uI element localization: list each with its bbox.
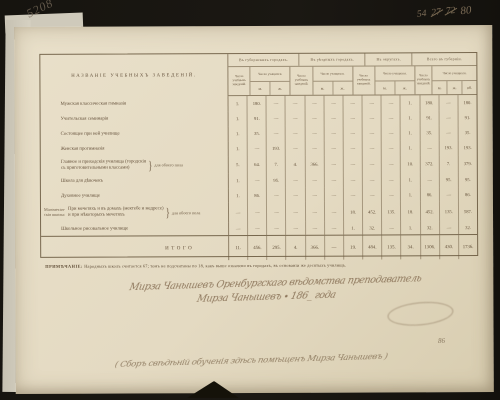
- row-values: ——————18.452.135.18.452.135.587.: [229, 201, 477, 222]
- table-cell: —: [286, 126, 305, 141]
- table-cell: —: [306, 202, 325, 222]
- archival-number-bottom-right: 86: [438, 337, 445, 345]
- table-cell: 1.: [401, 110, 420, 125]
- archival-number: 72: [445, 6, 456, 19]
- archival-numbers-top-right: 54277280: [417, 4, 472, 22]
- table-cell: 35.: [420, 125, 439, 140]
- table-cell: 32.: [421, 221, 440, 234]
- sex-subheader-row: м.ж.: [251, 82, 290, 95]
- table-cell: 193.: [267, 141, 286, 156]
- row-values: 1.91.———————1.91.—91.: [229, 110, 477, 126]
- table-cell: —: [363, 155, 382, 172]
- total-cell: 34.: [402, 235, 421, 259]
- table-cell: 452.: [421, 201, 440, 221]
- sub-header-group: Число учебныхъ заведеній.Число учащихся.…: [353, 66, 415, 94]
- brace-glyph: }: [148, 158, 152, 172]
- sex-subheader-cell: м.: [433, 81, 448, 94]
- row-label-text: Учительская семинарія: [61, 117, 109, 122]
- table-cell: 35.: [248, 126, 267, 141]
- table-cell: —: [305, 96, 324, 111]
- table-cell: —: [363, 110, 382, 125]
- table-cell: —: [324, 141, 343, 156]
- total-cell: 456.: [248, 236, 267, 260]
- table-cell: —: [325, 222, 344, 235]
- table-cell: —: [382, 95, 401, 110]
- pencil-oval-flourish: [387, 299, 455, 328]
- row-label-text: Состоящее при ней училище: [61, 132, 120, 137]
- table-cell: —: [363, 95, 382, 110]
- table-cell: 1.: [401, 95, 420, 110]
- institutions-count-header: Число учебныхъ заведеній.: [415, 66, 433, 94]
- table-cell: —: [382, 110, 401, 125]
- table-cell: —: [325, 188, 344, 202]
- total-cell: —: [325, 236, 344, 260]
- table-cell: —: [344, 188, 363, 202]
- group-header-cell: Въ уѣздныхъ городахъ.: [300, 54, 366, 66]
- table-cell: 180.: [248, 96, 267, 111]
- table-cell: 1.: [401, 187, 420, 201]
- table-cell: —: [267, 188, 286, 202]
- table-cell: —: [248, 222, 267, 235]
- statistics-table: НАЗВАНІЕ УЧЕБНЫХЪ ЗАВЕДЕНІЙ. Въ губернск…: [39, 52, 478, 258]
- sub-header-row: Число учебныхъ заведеній.Число учащихся.…: [228, 66, 476, 95]
- table-cell: 1.: [229, 96, 248, 111]
- students-count-label: Число учащихся.: [375, 66, 414, 81]
- row-label: Магометан-скія школы:При мечетяхъ и въ д…: [41, 202, 229, 223]
- institutions-count-header: Число учебныхъ заведеній.: [353, 66, 376, 94]
- row-label-prefix: Магометан-скія школы:: [44, 208, 66, 218]
- students-count-header: Число учащихся.м.ж.об.: [433, 66, 477, 94]
- total-cell: 1306.: [421, 235, 440, 259]
- table-cell: —: [287, 222, 306, 235]
- table-cell: 5.: [229, 156, 248, 173]
- handwritten-signature-line-1: Мирза Чанышевъ Оренбургскаго вѣдомства п…: [128, 273, 422, 293]
- sex-subheader-cell: ж.: [271, 82, 290, 95]
- table-cell: —: [267, 222, 286, 235]
- group-header-cell: Всего въ губерніи.: [413, 53, 477, 65]
- handwritten-signature-line-2: Мирза Чанышевъ ∙ 186_ года: [196, 290, 337, 305]
- photographed-archival-document: 5208 54277280 НАЗВАНІЕ УЧЕБНЫХЪ ЗАВЕДЕНІ…: [0, 0, 500, 400]
- table-cell: —: [439, 110, 458, 125]
- table-cell: —: [382, 155, 401, 172]
- table-cell: 1.: [229, 141, 248, 156]
- table-cell: 32.: [459, 221, 477, 234]
- table-cell: —: [248, 141, 267, 156]
- row-label-line: съ приготовительными классами): [61, 165, 146, 171]
- table-cell: 193.: [459, 140, 477, 155]
- row-label-text: Школа для дѣвочекъ: [61, 179, 103, 184]
- row-label: Мужская классическая гимназія: [41, 96, 229, 112]
- table-body: Мужская классическая гимназія1.180.—————…: [41, 95, 478, 236]
- table-cell: —: [305, 111, 324, 126]
- table-cell: —: [248, 173, 267, 188]
- row-label: Школьное рисовальное училище: [41, 222, 229, 236]
- sex-subheader-cell: ж.: [395, 81, 414, 94]
- brace-note: для обоего пола: [172, 210, 200, 215]
- table-cell: —: [286, 173, 305, 188]
- table-cell: 32.: [363, 221, 382, 234]
- row-label: Женская прогимназія: [41, 141, 229, 157]
- table-cell: —: [363, 172, 382, 187]
- row-label: Школа для дѣвочекъ: [41, 173, 229, 189]
- row-values: 1.—95.——————1.—95.95.: [229, 172, 477, 188]
- table-cell: —: [363, 187, 382, 201]
- row-values: 1.180.———————1.180.—180.: [229, 95, 477, 111]
- total-cell: 4.: [287, 236, 306, 260]
- table-cell: —: [306, 222, 325, 235]
- total-cell: 295.: [267, 236, 286, 260]
- sex-subheader-cell: м.: [375, 81, 395, 94]
- brace-note: для обоего пола: [154, 162, 182, 167]
- table-cell: —: [382, 140, 401, 155]
- row-label-lines: При мечетяхъ и въ домахъ (мектебе и медр…: [68, 206, 164, 218]
- students-count-label: Число учащихся.: [313, 67, 352, 82]
- table-cell: —: [306, 188, 325, 202]
- table-cell: 1.: [229, 173, 248, 188]
- students-count-header: Число учащихся.м.ж.: [375, 66, 414, 94]
- footnote: ПРИМѢЧАНІЕ: Народныхъ школъ считается 67…: [45, 262, 473, 269]
- table-cell: —: [363, 140, 382, 155]
- sub-header-group: Число учебныхъ заведеній.Число учащихся.…: [291, 67, 353, 95]
- students-count-label: Число учащихся.: [433, 66, 477, 81]
- table-cell: —: [324, 111, 343, 126]
- row-label-text: Школьное рисовальное училище: [61, 227, 128, 232]
- row-label-line: и при нѣкоторыхъ мечетяхъ: [68, 212, 164, 218]
- table-cell: 180.: [420, 95, 439, 110]
- table-cell: 4.: [286, 156, 305, 173]
- sex-subheader-cell: м.: [251, 82, 271, 95]
- table-cell: —: [343, 96, 362, 111]
- table-cell: —: [286, 141, 305, 156]
- table-cell: —: [267, 202, 286, 222]
- students-count-label: Число учащихся.: [251, 67, 290, 82]
- group-header-cell: Въ губернскихъ городахъ.: [228, 54, 300, 66]
- table-cell: 1.: [401, 221, 420, 234]
- table-cell: 10.: [401, 155, 420, 172]
- table-cell: —: [267, 111, 286, 126]
- table-header: НАЗВАНІЕ УЧЕБНЫХЪ ЗАВЕДЕНІЙ. Въ губернск…: [40, 53, 476, 97]
- table-cell: —: [229, 202, 248, 222]
- table-cell: 379.: [459, 155, 477, 172]
- table-title-column-header: НАЗВАНІЕ УЧЕБНЫХЪ ЗАВЕДЕНІЙ.: [40, 54, 228, 97]
- table-cell: —: [305, 126, 324, 141]
- table-cell: —: [382, 221, 401, 234]
- table-cell: —: [286, 202, 305, 222]
- sex-subheader-row: м.ж.: [375, 81, 414, 94]
- institutions-count-header: Число учебныхъ заведеній.: [291, 67, 314, 95]
- handwritten-caption-line: ( Сборъ свѣдѣній обученія здѣсь помѣщенъ…: [114, 352, 389, 370]
- sub-header-group: Число учебныхъ заведеній.Число учащихся.…: [415, 66, 476, 94]
- table-cell: 95.: [440, 172, 459, 187]
- group-header-cell: Въ округахъ.: [366, 53, 413, 65]
- table-cell: —: [439, 95, 458, 110]
- table-cell: 18.: [401, 201, 420, 221]
- row-values: 5.64.7.4.366.————10.372.7.379.: [229, 155, 477, 173]
- row-label-prefix-line: скія школы:: [44, 213, 66, 218]
- table-cell: 91.: [420, 110, 439, 125]
- table-cell: —: [420, 172, 439, 187]
- table-cell: 135.: [382, 201, 401, 221]
- table-cell: —: [440, 187, 459, 201]
- total-cell: 484.: [363, 235, 382, 259]
- total-cell: 19.: [344, 236, 363, 260]
- table-cell: —: [439, 125, 458, 140]
- total-values: 11.456.295.4.366.—19.484.135.34.1306.430…: [229, 235, 477, 260]
- table-cell: 86.: [248, 188, 267, 202]
- table-cell: 135.: [440, 201, 459, 221]
- table-cell: —: [286, 188, 305, 202]
- total-cell: 1736.: [459, 235, 477, 259]
- sub-header-group: Число учебныхъ заведеній.Число учащихся.…: [228, 67, 290, 95]
- institutions-count-header: Число учебныхъ заведеній.: [228, 67, 251, 95]
- table-cell: —: [382, 125, 401, 140]
- table-cell: —: [229, 222, 248, 235]
- table-cell: 95.: [459, 172, 477, 187]
- archival-number: 80: [460, 4, 472, 17]
- table-cell: 64.: [248, 156, 267, 173]
- table-cell: —: [325, 202, 344, 222]
- table-cell: —: [344, 111, 363, 126]
- table-cell: —: [248, 202, 267, 222]
- students-count-header: Число учащихся.м.ж.: [313, 67, 352, 95]
- row-values: 1.86.———————1.86.—86.: [229, 187, 477, 202]
- sex-subheader-cell: ж.: [448, 81, 463, 94]
- footnote-label: ПРИМѢЧАНІЕ:: [45, 264, 83, 269]
- table-cell: —: [325, 173, 344, 188]
- document-page: НАЗВАНІЕ УЧЕБНЫХЪ ЗАВЕДЕНІЙ. Въ губернск…: [14, 25, 494, 394]
- sex-subheader-cell: м.: [313, 82, 333, 95]
- table-cell: 1.: [401, 140, 420, 155]
- total-cell: 11.: [229, 236, 248, 260]
- sex-subheader-row: м.ж.об.: [433, 81, 477, 94]
- sex-subheader-row: м.ж.: [313, 82, 352, 95]
- table-cell: —: [267, 126, 286, 141]
- table-cell: —: [286, 96, 305, 111]
- row-label: Духовное училище: [41, 188, 229, 203]
- total-cell: 135.: [382, 235, 401, 259]
- total-row: ИТОГО 11.456.295.4.366.—19.484.135.34.13…: [41, 234, 477, 261]
- table-cell: 1.: [344, 222, 363, 235]
- table-cell: 91.: [248, 111, 267, 126]
- table-cell: 366.: [305, 156, 324, 173]
- table-cell: 86.: [420, 187, 439, 201]
- sex-subheader-cell: об.: [463, 81, 477, 94]
- table-cell: —: [324, 126, 343, 141]
- table-cell: —: [440, 221, 459, 234]
- table-row: Главное и приходскія училища (городскіяс…: [41, 155, 477, 174]
- row-label-lines: Главное и приходскія училища (городскіяс…: [61, 159, 146, 171]
- table-cell: —: [324, 96, 343, 111]
- archival-number: 54: [417, 9, 428, 22]
- table-cell: —: [344, 156, 363, 173]
- row-values: ——————1.32.—1.32.—32.: [229, 221, 477, 235]
- total-label: ИТОГО: [41, 236, 229, 261]
- table-cell: 372.: [420, 155, 439, 172]
- table-cell: —: [325, 156, 344, 173]
- row-label-text: Мужская классическая гимназія: [61, 102, 127, 107]
- table-cell: 35.: [459, 125, 477, 140]
- row-label: Учительская семинарія: [41, 111, 229, 127]
- table-row: Магометан-скія школы:При мечетяхъ и въ д…: [41, 201, 477, 223]
- table-cell: —: [363, 125, 382, 140]
- table-cell: —: [286, 111, 305, 126]
- table-cell: 1.: [229, 126, 248, 141]
- table-cell: 91.: [458, 110, 476, 125]
- table-cell: —: [305, 173, 324, 188]
- sex-subheader-cell: ж.: [333, 82, 352, 95]
- students-count-header: Число учащихся.м.ж.: [251, 67, 290, 95]
- total-cell: 366.: [306, 236, 325, 260]
- table-cell: 180.: [458, 95, 476, 110]
- total-cell: 430.: [440, 235, 459, 259]
- table-cell: 18.: [344, 202, 363, 222]
- row-values: 1.35.———————1.35.—35.: [229, 125, 477, 141]
- row-label-text: Женская прогимназія: [61, 147, 105, 152]
- row-label: Состоящее при ней училище: [41, 126, 229, 142]
- table-cell: 7.: [439, 155, 458, 172]
- table-cell: 193.: [439, 140, 458, 155]
- table-cell: 587.: [459, 201, 477, 221]
- row-label-text: Духовное училище: [61, 193, 100, 198]
- row-label: Главное и приходскія училища (городскіяс…: [41, 156, 229, 174]
- table-cell: 1.: [401, 172, 420, 187]
- table-cell: 95.: [267, 173, 286, 188]
- table-cell: —: [382, 172, 401, 187]
- table-cell: —: [344, 173, 363, 188]
- group-header-row: Въ губернскихъ городахъ.Въ уѣздныхъ горо…: [228, 53, 476, 67]
- table-cell: —: [344, 141, 363, 156]
- table-cell: 1.: [229, 188, 248, 202]
- table-cell: 452.: [363, 201, 382, 221]
- table-cell: —: [267, 96, 286, 111]
- table-cell: 1.: [229, 111, 248, 126]
- table-cell: —: [305, 141, 324, 156]
- table-cell: 1.: [401, 125, 420, 140]
- archival-number: 27: [431, 7, 442, 20]
- brace-glyph: }: [166, 205, 170, 219]
- table-cell: —: [420, 140, 439, 155]
- table-cell: 86.: [459, 187, 477, 201]
- footnote-text: Народныхъ школъ считается 67; томъ не по…: [83, 263, 346, 269]
- table-cell: 7.: [267, 156, 286, 173]
- row-values: 1.—193.——————1.—193.193.: [229, 140, 477, 156]
- table-cell: —: [382, 187, 401, 201]
- column-groups: Въ губернскихъ городахъ.Въ уѣздныхъ горо…: [228, 53, 476, 96]
- table-cell: —: [344, 126, 363, 141]
